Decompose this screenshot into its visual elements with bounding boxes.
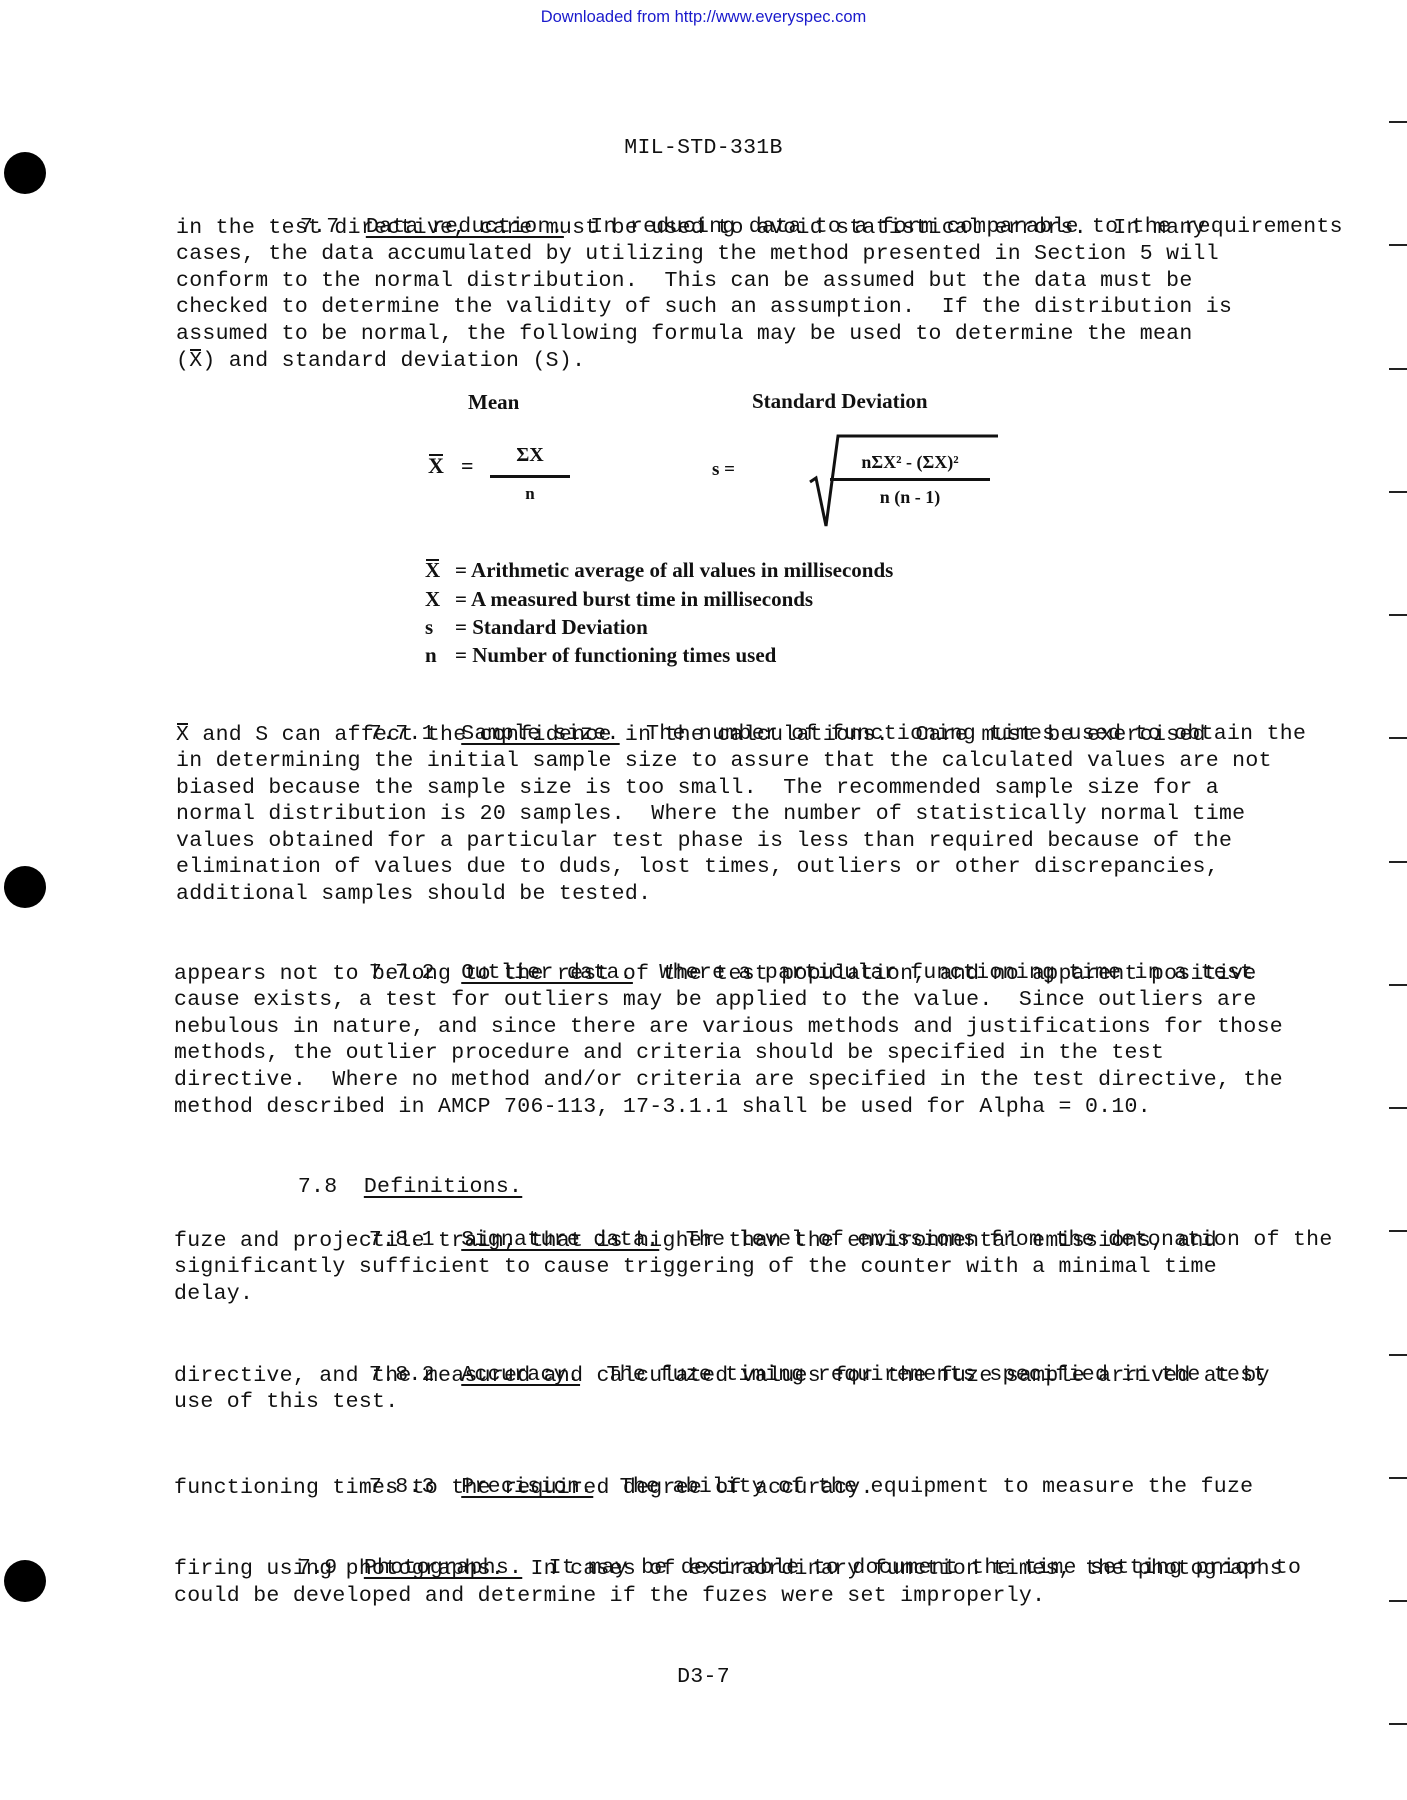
mean-lhs: X <box>428 453 444 479</box>
punch-hole-bottom <box>4 1560 46 1602</box>
punch-hole-middle <box>4 866 46 908</box>
page-number: D3-7 <box>0 1665 1407 1689</box>
document-id: MIL-STD-331B <box>0 136 1407 160</box>
mean-label: Mean <box>468 390 519 415</box>
mean-denominator: n <box>490 484 570 504</box>
margin-tick <box>1389 368 1407 370</box>
definition-row: X= Arithmetic average of all values in m… <box>425 558 893 583</box>
paragraph-line: cases, the data accumulated by utilizing… <box>176 241 1219 267</box>
margin-tick <box>1389 614 1407 616</box>
stddev-denominator: n (n - 1) <box>830 487 990 508</box>
paragraph-line: functioning times to the required degree… <box>174 1475 874 1501</box>
margin-tick <box>1389 491 1407 493</box>
stddev-label: Standard Deviation <box>752 389 928 414</box>
paragraph-line: could be developed and determine if the … <box>174 1583 1045 1609</box>
definition-row: n= Number of functioning times used <box>425 643 776 668</box>
paragraph-line: assumed to be normal, the following form… <box>176 321 1193 347</box>
margin-tick <box>1389 244 1407 246</box>
margin-tick <box>1389 121 1407 123</box>
stddev-numerator: nΣX² - (ΣX)² <box>830 452 990 473</box>
paragraph-line: delay. <box>174 1281 253 1307</box>
definition-row: s= Standard Deviation <box>425 615 648 640</box>
x-bar-symbol: X <box>189 348 202 374</box>
paragraph-line: directive, and the measured and calculat… <box>174 1363 1270 1389</box>
paragraph-line: (X) and standard deviation (S). <box>176 348 585 374</box>
section-title: Definitions. <box>364 1175 522 1199</box>
paragraph-line: X and S can affect the confidence in the… <box>176 722 1206 748</box>
paragraph-line: use of this test. <box>174 1389 398 1415</box>
margin-tick <box>1389 1107 1407 1109</box>
paragraph-line: appears not to belong to the rest of the… <box>174 961 1257 987</box>
paragraph-line: normal distribution is 20 samples. Where… <box>176 801 1245 827</box>
margin-tick <box>1389 1230 1407 1232</box>
definition-row: X= A measured burst time in milliseconds <box>425 587 813 612</box>
paragraph-line: methods, the outlier procedure and crite… <box>174 1040 1164 1066</box>
paragraph-line: firing using photographs. In cases of ex… <box>174 1556 1283 1582</box>
paragraph-line: directive. Where no method and/or criter… <box>174 1067 1283 1093</box>
paragraph-line: additional samples should be tested. <box>176 881 651 907</box>
punch-hole-top <box>4 152 46 194</box>
paragraph-line: conform to the normal distribution. This… <box>176 268 1193 294</box>
margin-tick <box>1389 861 1407 863</box>
x-bar-symbol: X <box>176 722 189 748</box>
margin-tick <box>1389 1600 1407 1602</box>
margin-tick <box>1389 1477 1407 1479</box>
equals-sign: = <box>461 453 474 479</box>
paragraph-line: in determining the initial sample size t… <box>176 748 1272 774</box>
paragraph-line: cause exists, a test for outliers may be… <box>174 987 1257 1013</box>
fraction-bar <box>490 475 570 478</box>
paragraph-line: checked to determine the validity of suc… <box>176 294 1232 320</box>
paragraph-line: significantly sufficient to cause trigge… <box>174 1254 1217 1280</box>
paragraph-line: elimination of values due to duds, lost … <box>176 854 1219 880</box>
margin-tick <box>1389 984 1407 986</box>
paragraph-line: method described in AMCP 706-113, 17-3.1… <box>174 1094 1151 1120</box>
paragraph-line: fuze and projectile train, that is highe… <box>174 1228 1217 1254</box>
paragraph-line: values obtained for a particular test ph… <box>176 828 1232 854</box>
mean-numerator: ΣX <box>490 444 570 467</box>
paragraph-line: in the test directive, care must be used… <box>176 215 1206 241</box>
paragraph-line: nebulous in nature, and since there are … <box>174 1014 1283 1040</box>
paragraph-line: biased because the sample size is too sm… <box>176 775 1219 801</box>
stddev-lhs: s = <box>712 459 735 481</box>
fraction-bar <box>830 478 990 481</box>
margin-tick <box>1389 1723 1407 1725</box>
margin-tick <box>1389 1354 1407 1356</box>
margin-tick <box>1389 737 1407 739</box>
section-number: 7.8 <box>298 1175 338 1199</box>
source-link[interactable]: Downloaded from http://www.everyspec.com <box>0 8 1407 27</box>
